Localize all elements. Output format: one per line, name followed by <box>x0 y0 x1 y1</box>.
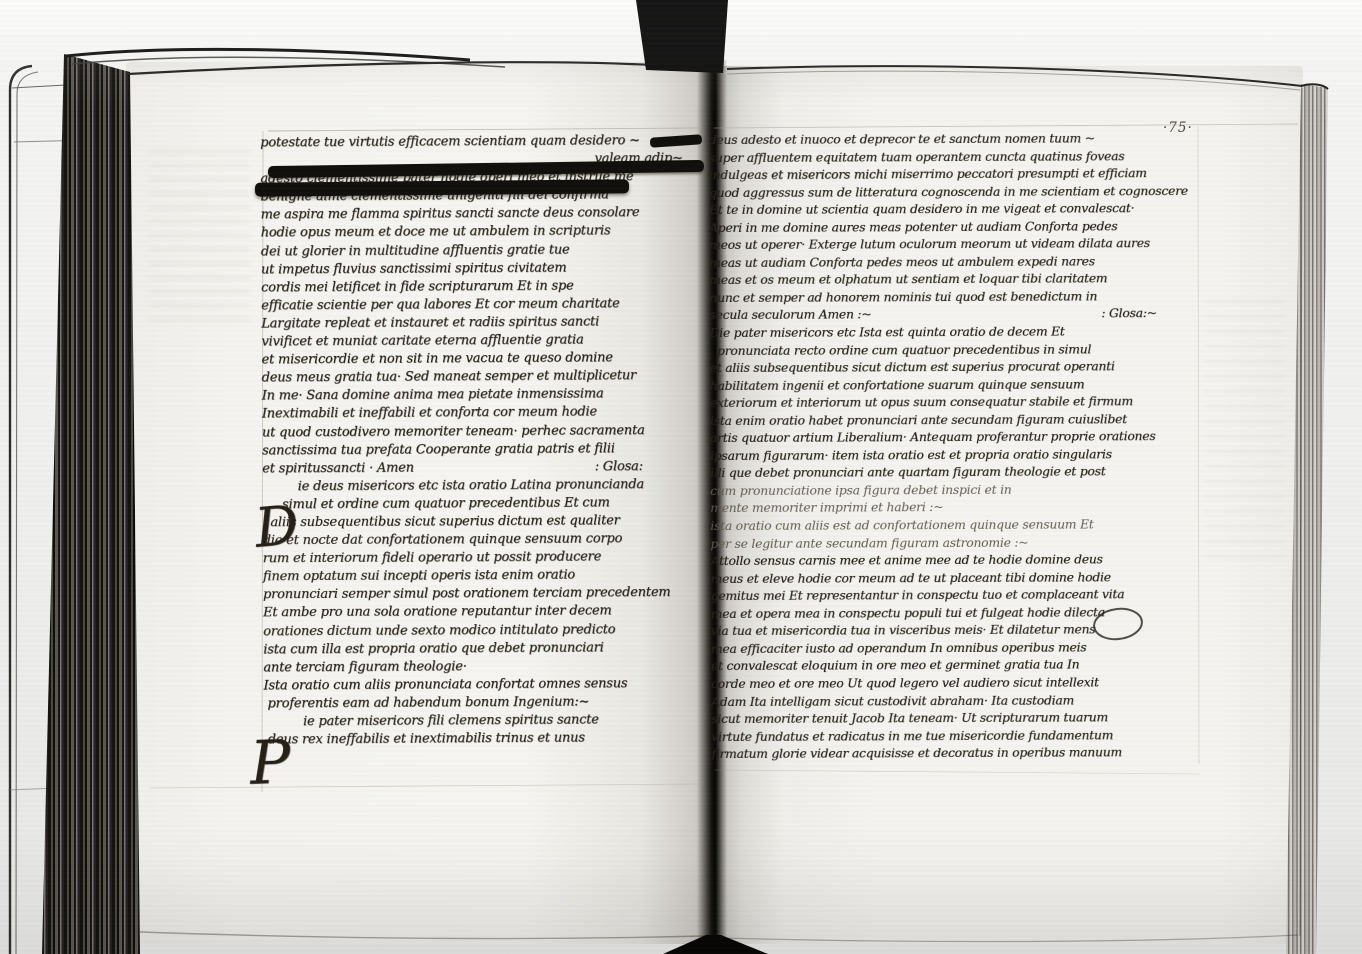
manuscript-text-line: deus rex ineffabilis et inextimabilis tr… <box>264 729 714 750</box>
right-stack-top-edge <box>1301 84 1328 89</box>
manuscript-text-line: secula seculorum Amen :~ : Glosa:~ <box>709 305 1205 325</box>
manuscript-text-line: virtute fundatus et radicatus in me tue … <box>711 727 1207 747</box>
manuscript-text-line: via tua et misericordia tua in visceribu… <box>711 621 1207 641</box>
manuscript-text-line: mea et opera mea in conspectu populi tui… <box>711 604 1207 624</box>
manuscript-text-line: nunc et semper ad honorem nominis tui qu… <box>709 288 1205 308</box>
manuscript-text-line: et aliis subsequentibus sicut dictum est… <box>710 358 1206 378</box>
left-cover-inner-line <box>16 72 38 954</box>
left-stack-top-edge <box>66 49 470 60</box>
drop-cap-initial-p: P <box>249 732 291 793</box>
manuscript-text-line: illi que debet pronunciari ante quartam … <box>710 463 1206 483</box>
manuscript-text-line: sicut memoriter tenuit Jacob Ita teneam·… <box>711 709 1207 729</box>
manuscript-text-line: exteriorum et interiorum ut opus suum co… <box>710 393 1206 413</box>
manuscript-text-line: mente memoriter imprimi et haberi :~ <box>710 498 1206 518</box>
manuscript-text-line: ista enim oratio habet pronunciari ante … <box>710 411 1206 431</box>
drop-cap-initial-d: D <box>253 498 301 556</box>
manuscript-text-line: Et te in domine ut scientia quam desider… <box>709 200 1205 220</box>
manuscript-text-line: meas ut audiam Conforta pedes meos ut am… <box>709 253 1205 273</box>
left-page-text-block: potestate tue virtutis efficacem scienti… <box>260 132 714 750</box>
left-cover-tick-3 <box>8 788 58 790</box>
manuscript-text-line: habilitatem ingenii et confortatione sua… <box>710 376 1206 396</box>
manuscript-text-line: quod aggressus sum de litteratura cognos… <box>709 183 1205 203</box>
manuscript-text-line: firmatum glorie videar acquisisse et dec… <box>711 744 1207 764</box>
left-cover-edge-line <box>10 66 32 954</box>
manuscript-text-line: mea efficaciter iusto ad operandum In om… <box>711 639 1207 659</box>
left-cover-tick-2 <box>14 139 130 142</box>
manuscript-text-line: ista oratio cum aliis est ad confortatio… <box>710 516 1206 536</box>
manuscript-text-line: gemitus mei Et representantur in conspec… <box>711 586 1207 606</box>
manuscript-text-line: Adam Ita intelligam sicut custodivit abr… <box>711 691 1207 711</box>
manuscript-text-line: indulgeas et misericors michi miserrimo … <box>709 165 1205 185</box>
manuscript-text-line: ipsarum figurarum· item ista oratio est … <box>710 446 1206 466</box>
manuscript-text-line: cum pronunciatione ipsa figura debet ins… <box>710 481 1206 501</box>
manuscript-photo: ·75· potestate tue virtutis efficacem sc… <box>0 0 1362 954</box>
manuscript-text-line: per se legitur ante secundam figuram ast… <box>710 533 1206 553</box>
manuscript-text-line: meas et os meum et olphatum ut sentiam e… <box>709 270 1205 290</box>
manuscript-text-line: deus adesto et inuoco et deprecor te et … <box>709 130 1205 150</box>
manuscript-text-line: artis quatuor artium Liberalium· Antequa… <box>710 428 1206 448</box>
manuscript-text-line: Die pater misericors etc Ista est quinta… <box>709 323 1205 343</box>
manuscript-text-line: pronunciata recto ordine cum quatuor pre… <box>710 340 1206 360</box>
manuscript-text-line: Attollo sensus carnis mee et anime mee a… <box>710 551 1206 571</box>
manuscript-text-line: corde meo et ore meo Ut quod legero vel … <box>711 674 1207 694</box>
left-cover-tick-1 <box>12 85 66 88</box>
right-page-text-block: deus adesto et inuoco et deprecor te et … <box>709 130 1208 764</box>
manuscript-text-line: super affluentem equitatem tuam operante… <box>709 147 1205 167</box>
manuscript-text-line: et convalescat eloquium in ore meo et ge… <box>711 656 1207 676</box>
manuscript-text-line: Aperi in me domine aures meas potenter u… <box>709 218 1205 238</box>
manuscript-text-line: meus et eleve hodie cor meum ad te ut pl… <box>711 569 1207 589</box>
manuscript-text-line: meos ut operer· Exterge lutum oculorum m… <box>709 235 1205 255</box>
